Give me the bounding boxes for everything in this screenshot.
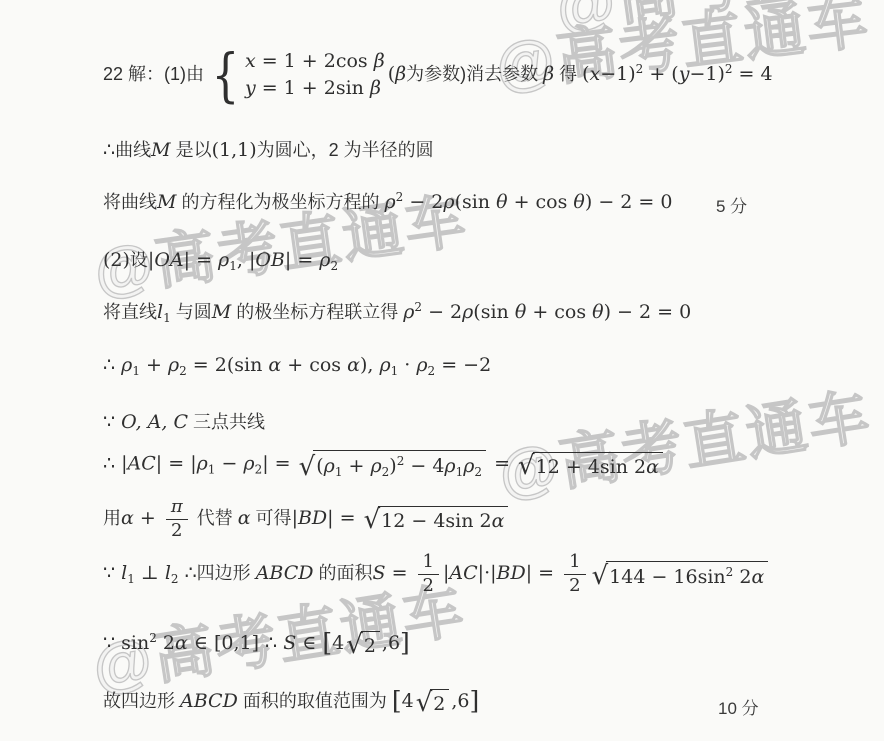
- equation-system: {x = 1 + 2cos βy = 1 + 2sin β: [207, 46, 385, 104]
- sqrt-expression: √12 + 4sin 2α: [518, 452, 663, 478]
- radicand: 2: [361, 631, 380, 657]
- math-italic: ρ: [379, 354, 390, 376]
- math-italic: ABCD: [180, 690, 238, 712]
- text-run: 曲线: [115, 140, 151, 160]
- math-italic: ρ: [168, 354, 179, 376]
- math-italic: ρ: [324, 455, 335, 477]
- math-roman: , |: [237, 249, 255, 271]
- math-roman: 1: [569, 551, 580, 572]
- math-italic: θ: [573, 191, 584, 213]
- math-roman: ⊥: [135, 562, 165, 584]
- math-roman: ): [389, 455, 396, 477]
- math-roman: 2: [157, 632, 175, 654]
- text-run: 将曲线: [103, 192, 157, 212]
- math-roman: ∈: [296, 632, 322, 654]
- math-roman: (1,1): [212, 139, 257, 161]
- math-italic: M: [151, 139, 170, 161]
- sqrt-expression: √12 − 4sin 2α: [364, 506, 509, 532]
- math-italic: β: [374, 50, 385, 72]
- math-italic: ρ: [243, 453, 254, 475]
- math-italic: α: [646, 456, 659, 478]
- math-roman: =: [488, 453, 516, 475]
- math-italic: ρ: [416, 354, 427, 376]
- math-italic: ρ: [443, 191, 454, 213]
- math-italic: ρ: [462, 301, 473, 323]
- math-roman: | =: [262, 453, 296, 475]
- denominator: 2: [171, 520, 182, 542]
- bracket: ]: [400, 628, 410, 657]
- text-run: 得: [554, 64, 582, 84]
- denominator: 2: [423, 575, 434, 597]
- math-italic: y: [245, 77, 256, 99]
- math-italic: ρ: [218, 249, 229, 271]
- bracket: [: [392, 686, 402, 715]
- math-roman: ·: [398, 354, 416, 376]
- text-run: 为圆心，2 为半径的圆: [257, 140, 434, 160]
- math-italic: β: [370, 77, 381, 99]
- math-roman: (2): [103, 249, 130, 271]
- math-roman: 2: [569, 575, 580, 596]
- text-run: 的方程化为极坐标方程的: [176, 192, 384, 212]
- text-run: 22 解：(1)由: [103, 64, 204, 84]
- text-run: 将直线: [103, 302, 157, 322]
- math-roman: +: [140, 354, 168, 376]
- math-roman: ∵ sin: [103, 632, 149, 654]
- math-italic: ρ: [384, 191, 395, 213]
- subscript: 1: [229, 259, 237, 273]
- solution-line-4: (2)设|OA| = ρ1, |OB| = ρ2: [103, 246, 338, 273]
- math-roman: | =: [526, 562, 560, 584]
- superscript: 2: [725, 62, 733, 76]
- solution-line-2: ∴曲线M 是以(1,1)为圆心，2 为半径的圆: [103, 136, 434, 162]
- math-italic: β: [543, 63, 554, 85]
- fraction: 12: [418, 552, 439, 596]
- text-run: 故四边形: [103, 691, 180, 711]
- solution-line-6: ∴ ρ1 + ρ2 = 2(sin α + cos α), ρ1 · ρ2 = …: [103, 354, 491, 378]
- math-italic: M: [212, 301, 231, 323]
- math-italic: y: [679, 63, 690, 85]
- radical-sign: √: [299, 454, 316, 480]
- text-run: 四边形: [197, 563, 256, 583]
- math-italic: ρ: [444, 455, 455, 477]
- math-roman: +: [134, 507, 162, 529]
- math-roman: | =: [285, 249, 319, 271]
- math-roman: 4: [402, 690, 414, 712]
- math-roman: ∴ |: [103, 453, 128, 475]
- math-italic: M: [157, 191, 176, 213]
- radical-sign: √: [518, 453, 535, 479]
- math-roman: ),: [360, 354, 380, 376]
- bracket: ]: [470, 686, 480, 715]
- radicand: (ρ1 + ρ2)2 − 4ρ1ρ2: [313, 450, 486, 479]
- math-italic: O, A, C: [121, 411, 188, 433]
- math-roman: 1: [423, 551, 434, 572]
- math-roman: (: [316, 455, 323, 477]
- solution-line-3: 将曲线M 的方程化为极坐标方程的 ρ2 − 2ρ(sin θ + cos θ) …: [103, 188, 672, 214]
- math-italic: ρ: [319, 249, 330, 271]
- solution-line-10: ∵ l1 ⊥ l2 ∴四边形 ABCD 的面积S = 12|AC|·|BD| =…: [103, 552, 770, 596]
- math-roman: + cos: [526, 301, 592, 323]
- math-roman: 2: [364, 635, 376, 657]
- subscript: 2: [474, 465, 482, 479]
- math-roman: 2: [171, 520, 182, 541]
- fraction: π2: [166, 497, 188, 541]
- solution-line-9: 用α + π2 代替 α 可得|BD| = √12 − 4sin 2α: [103, 497, 510, 541]
- watermark-top-partial: @高考直通车: [552, 0, 884, 42]
- solution-line-12: 故四边形 ABCD 面积的取值范围为 [4√2,6]: [103, 686, 479, 715]
- radicand: 12 + 4sin 2α: [533, 452, 663, 478]
- sqrt-expression: √(ρ1 + ρ2)2 − 4ρ1ρ2: [299, 450, 486, 479]
- text-run: 的极坐标方程联立得: [231, 302, 403, 322]
- math-italic: ρ: [463, 455, 474, 477]
- subscript: 2: [179, 364, 187, 378]
- math-roman: + cos: [508, 191, 574, 213]
- math-italic: α: [347, 354, 360, 376]
- subscript: 1: [132, 364, 140, 378]
- math-italic: OA: [154, 249, 183, 271]
- math-roman: −1): [600, 63, 635, 85]
- math-roman: |·|: [478, 562, 497, 584]
- math-italic: x: [590, 63, 601, 85]
- math-roman: 2: [433, 693, 445, 715]
- math-italic: ρ: [403, 301, 414, 323]
- math-italic: ABCD: [256, 562, 314, 584]
- math-roman: +: [342, 455, 370, 477]
- math-roman: ∴: [179, 562, 197, 584]
- math-roman: ∵: [103, 411, 121, 433]
- solution-line-7: ∵ O, A, C 三点共线: [103, 408, 265, 434]
- superscript: 2: [414, 300, 422, 314]
- math-roman: ) − 2 = 0: [585, 191, 673, 213]
- text-run: 与圆: [171, 302, 212, 322]
- math-italic: θ: [592, 301, 603, 323]
- bracket: [: [322, 628, 332, 657]
- math-roman: =: [386, 562, 414, 584]
- math-roman: (: [388, 63, 395, 85]
- math-italic: β: [395, 63, 406, 85]
- math-roman: − 2: [403, 191, 443, 213]
- text-run: 的面积: [314, 563, 373, 583]
- math-italic: ρ: [197, 453, 208, 475]
- math-roman: ∈ [0,1] ∴: [188, 632, 283, 654]
- math-roman: (sin: [473, 301, 515, 323]
- math-italic: α: [238, 507, 251, 529]
- math-italic: α: [751, 566, 764, 588]
- solution-line-11: ∵ sin2 2α ∈ [0,1] ∴ S ∈ [4√2,6]: [103, 628, 410, 657]
- radical-sign: √: [592, 563, 609, 589]
- superscript: 2: [149, 631, 157, 645]
- solution-line-1: 22 解：(1)由{x = 1 + 2cos βy = 1 + 2sin β(β…: [103, 46, 773, 104]
- math-italic: α: [121, 507, 134, 529]
- fraction: 12: [564, 552, 585, 596]
- text-run: 为参数)消去参数: [406, 64, 543, 84]
- subscript: 2: [330, 259, 338, 273]
- math-italic: OB: [255, 249, 285, 271]
- math-italic: S: [283, 632, 296, 654]
- numerator: 1: [564, 552, 585, 575]
- sqrt-expression: √2: [416, 689, 450, 715]
- math-roman: ,6: [451, 690, 469, 712]
- subscript: 2: [171, 572, 179, 586]
- score-10-label: 10 分: [718, 694, 759, 719]
- math-roman: | =: [327, 507, 361, 529]
- math-italic: AC: [449, 562, 477, 584]
- sqrt-expression: √144 − 16sin2 2α: [592, 561, 769, 588]
- math-roman: = −2: [435, 354, 491, 376]
- math-italic: π: [171, 496, 183, 517]
- equation-rows: x = 1 + 2cos βy = 1 + 2sin β: [245, 46, 385, 104]
- math-roman: = 4: [733, 63, 773, 85]
- math-roman: = 2(sin: [187, 354, 269, 376]
- radical-sign: √: [416, 690, 433, 716]
- math-italic: ρ: [121, 354, 132, 376]
- math-italic: α: [175, 632, 188, 654]
- math-roman: ∴: [103, 139, 115, 161]
- math-roman: 4: [332, 632, 344, 654]
- solution-line-5: 将直线l1 与圆M 的极坐标方程联立得 ρ2 − 2ρ(sin θ + cos …: [103, 298, 691, 325]
- numerator: 1: [418, 552, 439, 575]
- math-roman: ∴: [103, 354, 121, 376]
- solution-line-8: ∴ |AC| = |ρ1 − ρ2| = √(ρ1 + ρ2)2 − 4ρ1ρ2…: [103, 450, 665, 479]
- radicand: 144 − 16sin2 2α: [606, 561, 768, 588]
- equation-row: x = 1 + 2cos β: [245, 50, 385, 73]
- text-run: 是以: [171, 140, 212, 160]
- math-roman: ∵: [103, 562, 121, 584]
- watermark-mid-right: @高考直通车: [494, 381, 877, 508]
- math-roman: −: [215, 453, 243, 475]
- math-italic: x: [245, 50, 256, 72]
- radical-sign: √: [364, 507, 381, 533]
- math-roman: (sin: [455, 191, 497, 213]
- math-roman: ,6: [382, 632, 400, 654]
- math-italic: α: [268, 354, 281, 376]
- math-italic: ρ: [370, 455, 381, 477]
- sqrt-expression: √2: [346, 631, 380, 657]
- math-roman: + (: [643, 63, 678, 85]
- math-roman: − 2: [422, 301, 462, 323]
- math-roman: 144 − 16sin: [609, 566, 726, 588]
- radical-sign: √: [346, 632, 363, 658]
- document-page: @高考直通车 @高考直通车 @高考直通车 @高考直通车 @高考直通车 22 解：…: [0, 0, 884, 741]
- math-roman: 2: [733, 566, 751, 588]
- math-italic: BD: [298, 507, 327, 529]
- text-run: 三点共线: [188, 412, 265, 432]
- math-roman: 2: [423, 575, 434, 596]
- equation-row: y = 1 + 2sin β: [245, 77, 385, 100]
- text-run: 面积的取值范围为: [238, 691, 392, 711]
- left-brace: {: [212, 46, 240, 104]
- text-run: 设: [130, 250, 148, 270]
- math-italic: α: [492, 510, 505, 532]
- denominator: 2: [569, 575, 580, 597]
- math-roman: 12 + 4sin 2: [536, 456, 646, 478]
- math-italic: θ: [515, 301, 526, 323]
- math-roman: = 1 + 2sin: [256, 77, 370, 99]
- text-run: 代替: [192, 508, 238, 528]
- math-roman: − 4: [404, 455, 444, 477]
- score-5-label: 5 分: [716, 192, 747, 217]
- radicand: 2: [430, 689, 449, 715]
- math-italic: S: [373, 562, 386, 584]
- text-run: 可得: [251, 508, 292, 528]
- math-roman: 12 − 4sin 2: [381, 510, 491, 532]
- math-roman: −1): [689, 63, 724, 85]
- math-roman: | =: [184, 249, 218, 271]
- math-roman: (: [582, 63, 589, 85]
- subscript: 1: [127, 572, 135, 586]
- numerator: π: [166, 497, 188, 520]
- math-roman: ) − 2 = 0: [604, 301, 692, 323]
- math-italic: AC: [128, 453, 156, 475]
- math-italic: θ: [496, 191, 507, 213]
- math-italic: BD: [497, 562, 526, 584]
- math-roman: = 1 + 2cos: [256, 50, 374, 72]
- subscript: 1: [163, 311, 171, 325]
- text-run: 用: [103, 508, 121, 528]
- math-roman: + cos: [281, 354, 347, 376]
- math-roman: | = |: [156, 453, 197, 475]
- radicand: 12 − 4sin 2α: [378, 506, 508, 532]
